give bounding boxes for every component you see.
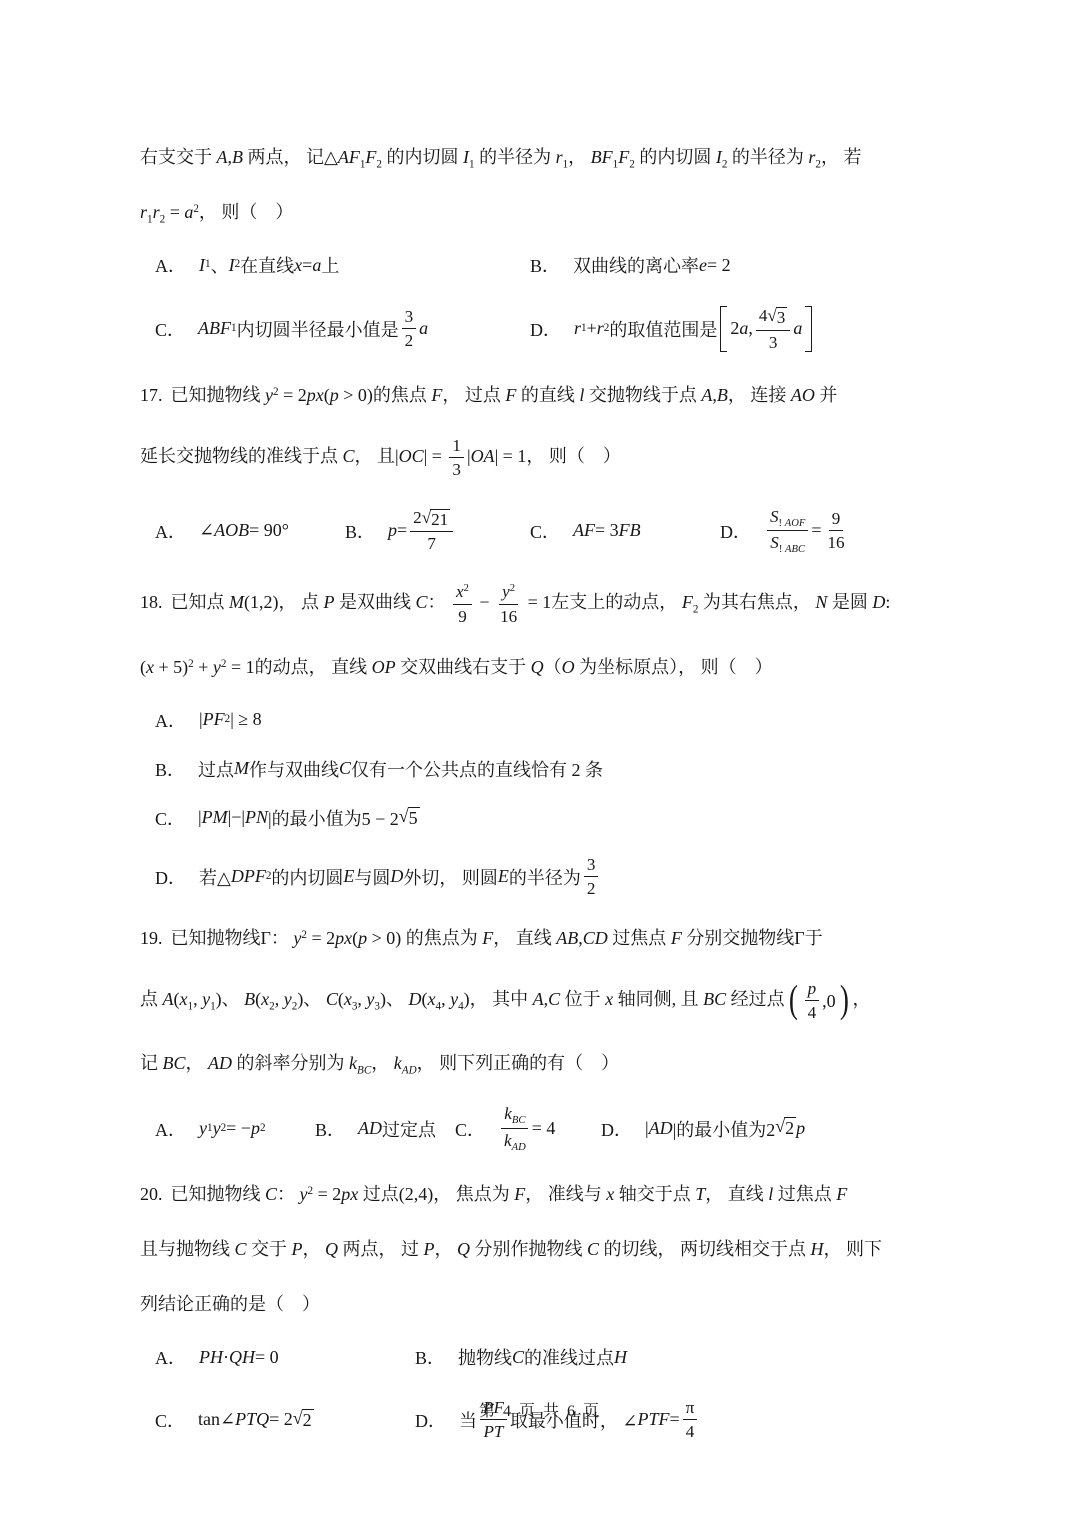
page-footer: 第 4 页 共 6 页 xyxy=(0,1398,1080,1421)
fraction: 32 xyxy=(584,854,599,900)
option-text: 抛物线 C 的准线过点 H xyxy=(458,1344,627,1370)
option-text: y1y2 = −p2 xyxy=(199,1118,266,1139)
option-text: kBCkAD = 4 xyxy=(498,1103,555,1154)
problem-number: 19. xyxy=(140,928,163,948)
fraction: p4 xyxy=(805,978,820,1024)
option-label: D． xyxy=(530,316,561,342)
problem-number: 20. xyxy=(140,1184,163,1204)
radical: √3 xyxy=(767,307,787,329)
problem-19-line-3: 记 BC， AD 的斜率分别为 kBC， kAD， 则下列正确的有（ ） xyxy=(140,1048,940,1078)
option-text: S! AOFS! ABC = 916 xyxy=(764,506,851,557)
option-text: AF = 3FB xyxy=(573,520,641,541)
option-text: I1、 I2 在直线 x = a 上 xyxy=(199,252,339,278)
problem-20-option-A: A．PH · QH = 0 xyxy=(155,1344,415,1370)
problem-18-option-D: D．若△DPF2 的内切圆 E 与圆 D 外切， 则圆 E 的半径为32 xyxy=(155,854,940,900)
problem-20-line-1: 20.已知抛物线 C： y2 = 2px 过点(2,4)， 焦点为 F， 准线与… xyxy=(140,1179,940,1209)
problem-20: 20.已知抛物线 C： y2 = 2px 过点(2,4)， 焦点为 F， 准线与… xyxy=(140,1179,940,1470)
problem-19: 19.已知抛物线Γ： y2 = 2px(p > 0) 的焦点为 F， 直线 AB… xyxy=(140,923,940,1154)
problem-19-option-C: C．kBCkAD = 4 xyxy=(455,1103,601,1154)
option-label: A． xyxy=(155,518,186,544)
fraction: 916 xyxy=(824,508,847,554)
option-text: p = 2√217 xyxy=(388,507,456,555)
option-label: C． xyxy=(155,805,185,831)
option-text: 过点 M 作与双曲线 C 仅有一个公共点的直线恰有 2 条 xyxy=(198,756,603,782)
document-page: 右支交于 A,B 两点， 记△AF1F2 的内切圆 I1 的半径为 r1， BF… xyxy=(140,0,940,1470)
option-text: |PM|−|PN|的最小值为5 − 2√5 xyxy=(198,805,420,831)
option-label: A． xyxy=(155,707,186,733)
option-label: D． xyxy=(720,518,751,544)
left-bracket xyxy=(720,306,727,352)
problem-19-line-2: 点 A(x1, y1)、 B(x2, y2)、 C(x3, y3)、 D(x4,… xyxy=(140,978,940,1024)
right-bracket xyxy=(805,306,812,352)
option-text: AD 过定点 xyxy=(358,1116,436,1142)
problem-17-line-2: 延长交抛物线的准线于点 C， 且|OC| = 13|OA| = 1， 则（ ） xyxy=(140,435,940,481)
option-label: B． xyxy=(315,1116,345,1142)
problem-19-option-A: A．y1y2 = −p2 xyxy=(155,1116,315,1142)
option-text: |AD|的最小值为2√2p xyxy=(645,1116,805,1142)
problem-18: 18.已知点 M(1,2)， 点 P 是双曲线 C： x29 − y216 = … xyxy=(140,581,940,899)
option-text: 若△DPF2 的内切圆 E 与圆 D 外切， 则圆 E 的半径为32 xyxy=(199,854,601,900)
option-text: PH · QH = 0 xyxy=(199,1347,279,1368)
problem-20-line-3: 列结论正确的是（ ） xyxy=(140,1289,940,1319)
problem-16-option-D: D．r1 + r2 的取值范围是2a, 4√33a xyxy=(530,305,940,353)
problem-17-options: A．∠AOB = 90°B．p = 2√217C．AF = 3FBD．S! AO… xyxy=(155,506,940,557)
option-label: D． xyxy=(155,864,186,890)
fraction: 13 xyxy=(449,435,464,481)
problem-17-option-C: C．AF = 3FB xyxy=(530,518,720,544)
fraction: kBCkAD xyxy=(501,1103,529,1154)
fraction: y216 xyxy=(497,581,520,627)
problem-18-line-2: (x + 5)2 + y2 = 1的动点， 直线 OP 交双曲线右支于 Q（O … xyxy=(140,652,940,682)
problem-17-option-A: A．∠AOB = 90° xyxy=(155,518,345,544)
option-label: C． xyxy=(455,1116,485,1142)
option-label: A． xyxy=(155,1116,186,1142)
radical: √5 xyxy=(399,807,420,830)
problem-18-line-1: 18.已知点 M(1,2)， 点 P 是双曲线 C： x29 − y216 = … xyxy=(140,581,940,627)
problem-16: 右支交于 A,B 两点， 记△AF1F2 的内切圆 I1 的半径为 r1， BF… xyxy=(140,142,940,380)
option-label: B． xyxy=(155,756,185,782)
problem-number: 18. xyxy=(140,592,163,612)
option-label: C． xyxy=(530,518,560,544)
problem-17-option-D: D．S! AOFS! ABC = 916 xyxy=(720,506,851,557)
problem-number: 17. xyxy=(140,385,163,405)
option-text: r1 + r2 的取值范围是2a, 4√33a xyxy=(574,305,815,353)
problem-16-option-B: B．双曲线的离心率 e = 2 xyxy=(530,252,940,278)
fraction: x29 xyxy=(453,581,472,627)
problem-19-line-1: 19.已知抛物线Γ： y2 = 2px(p > 0) 的焦点为 F， 直线 AB… xyxy=(140,923,940,953)
option-label: D． xyxy=(601,1116,632,1142)
problem-18-option-A: A．|PF2| ≥ 8 xyxy=(155,707,940,733)
option-text: ABF1 内切圆半径最小值是32a xyxy=(198,306,428,352)
option-text: ∠AOB = 90° xyxy=(199,520,289,541)
problem-17-option-B: B．p = 2√217 xyxy=(345,507,530,555)
option-label: A． xyxy=(155,252,186,278)
option-label: C． xyxy=(155,316,185,342)
problem-17-line-1: 17.已知抛物线 y2 = 2px(p > 0)的焦点 F， 过点 F 的直线 … xyxy=(140,380,940,410)
problem-19-option-B: B．AD 过定点 xyxy=(315,1116,455,1142)
problem-19-option-D: D．|AD|的最小值为2√2p xyxy=(601,1116,805,1142)
problem-16-option-C: C．ABF1 内切圆半径最小值是32a xyxy=(155,305,530,353)
problem-19-options: A．y1y2 = −p2B．AD 过定点C．kBCkAD = 4D．|AD|的最… xyxy=(155,1103,940,1154)
option-text: 双曲线的离心率 e = 2 xyxy=(573,252,731,278)
radical: √2 xyxy=(775,1117,796,1140)
option-label: B． xyxy=(530,252,560,278)
problem-17: 17.已知抛物线 y2 = 2px(p > 0)的焦点 F， 过点 F 的直线 … xyxy=(140,380,940,556)
big-paren: ( xyxy=(789,981,798,1020)
problem-20-option-B: B．抛物线 C 的准线过点 H xyxy=(415,1344,940,1370)
problem-16-line-2: r1r2 = a2， 则（ ） xyxy=(140,197,940,227)
fraction: 4√33 xyxy=(756,305,790,353)
fraction: 32 xyxy=(402,306,417,352)
problem-16-option-A: A．I1、 I2 在直线 x = a 上 xyxy=(155,252,530,278)
option-text: |PF2| ≥ 8 xyxy=(199,709,262,730)
problem-16-line-1: 右支交于 A,B 两点， 记△AF1F2 的内切圆 I1 的半径为 r1， BF… xyxy=(140,142,940,172)
problem-18-option-B: B．过点 M 作与双曲线 C 仅有一个公共点的直线恰有 2 条 xyxy=(155,756,940,782)
problem-20-line-2: 且与抛物线 C 交于 P， Q 两点， 过 P， Q 分别作抛物线 C 的切线，… xyxy=(140,1234,940,1264)
option-label: A． xyxy=(155,1344,186,1370)
fraction: 2√217 xyxy=(410,507,453,555)
problem-18-options: A．|PF2| ≥ 8B．过点 M 作与双曲线 C 仅有一个公共点的直线恰有 2… xyxy=(155,707,940,900)
problem-list: 右支交于 A,B 两点， 记△AF1F2 的内切圆 I1 的半径为 r1， BF… xyxy=(140,142,940,1470)
problem-16-options: A．I1、 I2 在直线 x = a 上B．双曲线的离心率 e = 2C．ABF… xyxy=(155,252,940,380)
option-label: B． xyxy=(345,518,375,544)
fraction: S! AOFS! ABC xyxy=(767,506,808,557)
radical: √21 xyxy=(422,509,450,531)
option-label: B． xyxy=(415,1344,445,1370)
big-paren: ) xyxy=(840,981,849,1020)
problem-18-option-C: C．|PM|−|PN|的最小值为5 − 2√5 xyxy=(155,805,940,831)
